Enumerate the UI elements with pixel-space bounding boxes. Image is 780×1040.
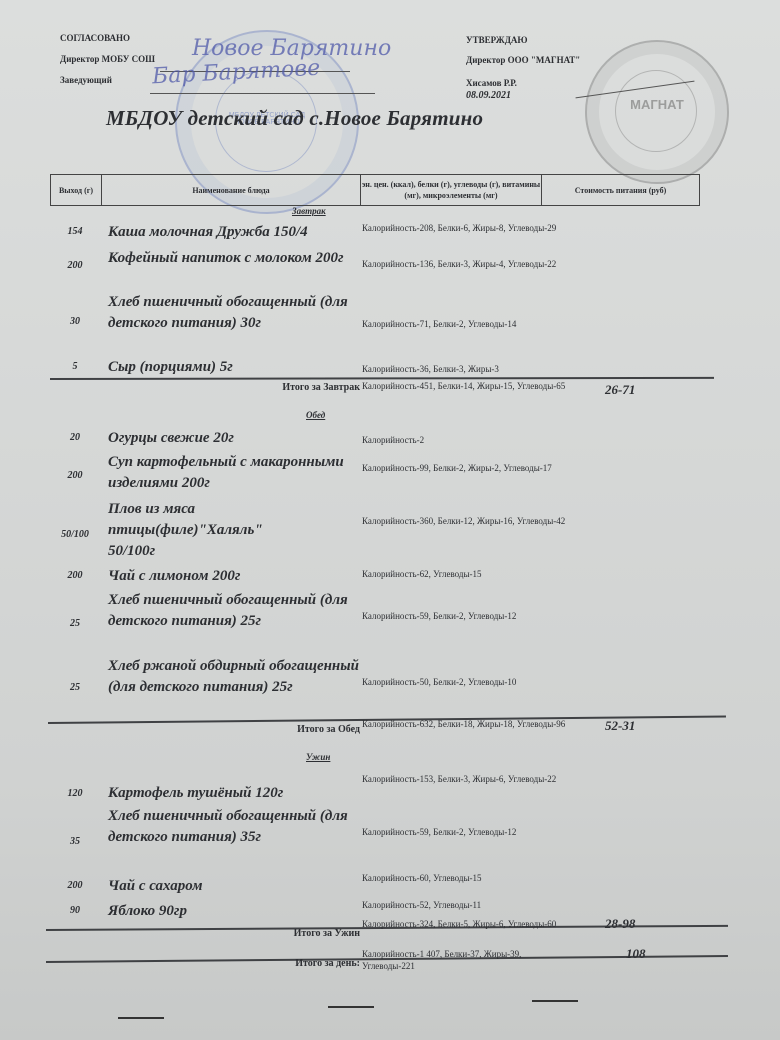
column-header-output: Выход (г) bbox=[51, 175, 102, 205]
confirm-label: УТВЕРЖДАЮ bbox=[466, 30, 580, 50]
signature-line bbox=[150, 93, 375, 94]
row-nutrition: Калорийность-99, Белки-2, Жиры-2, Углево… bbox=[362, 462, 572, 474]
company-stamp: МАГНАТ bbox=[585, 40, 729, 184]
row-dish-name: Хлеб ржаной обдирный обогащенный (для де… bbox=[108, 656, 370, 698]
row-output: 5 bbox=[50, 361, 100, 372]
column-header-nutrition: эн. цен. (ккал), белки (г), углеводы (г)… bbox=[361, 175, 542, 205]
total-cost: 52-31 bbox=[605, 718, 635, 734]
row-dish-name: Огурцы свежие 20г bbox=[108, 428, 378, 449]
menu-document: МБДОУ ДЕТСКИЙ САД НОВОЕ БАРЯТИНО МАГНАТ … bbox=[0, 0, 780, 1040]
row-output: 90 bbox=[50, 905, 100, 916]
row-output: 25 bbox=[50, 682, 100, 693]
row-output: 25 bbox=[50, 618, 100, 629]
day-total-nutrition: Калорийность-1 407, Белки-37, Жиры-39, У… bbox=[362, 948, 572, 972]
approval-block: СОГЛАСОВАНО Директор МОБУ СОШ Заведующий bbox=[60, 28, 155, 91]
row-dish-name: Хлеб пшеничный обогащенный (для детского… bbox=[108, 806, 370, 848]
row-nutrition: Калорийность-59, Белки-2, Углеводы-12 bbox=[362, 610, 572, 622]
row-dish-name: Плов из мяса птицы(филе)"Халяль" 50/100г bbox=[108, 499, 308, 562]
row-nutrition: Калорийность-153, Белки-3, Жиры-6, Углев… bbox=[362, 773, 572, 785]
row-output: 50/100 bbox=[50, 529, 100, 540]
row-dish-name: Сыр (порциями) 5г bbox=[108, 357, 378, 378]
approval-date: 08.09.2021 bbox=[466, 90, 580, 102]
row-dish-name: Кофейный напиток с молоком 200г bbox=[108, 248, 348, 269]
manager-label: Заведующий bbox=[60, 70, 155, 91]
column-header-dish: Наименование блюда bbox=[102, 175, 361, 205]
row-dish-name: Хлеб пшеничный обогащенный (для детского… bbox=[108, 590, 370, 632]
row-nutrition: Калорийность-50, Белки-2, Углеводы-10 bbox=[362, 676, 572, 688]
row-output: 200 bbox=[50, 880, 100, 891]
total-cost: 26-71 bbox=[605, 382, 635, 398]
approved-label: СОГЛАСОВАНО bbox=[60, 28, 155, 49]
total-nutrition: Калорийность-632, Белки-18, Жиры-18, Угл… bbox=[362, 718, 572, 730]
row-nutrition: Калорийность-62, Углеводы-15 bbox=[362, 568, 572, 580]
row-output: 200 bbox=[50, 260, 100, 271]
page-title: МБДОУ детский сад с.Новое Барятино bbox=[106, 106, 483, 131]
row-output: 35 bbox=[50, 836, 100, 847]
day-total-cost: 108 bbox=[626, 946, 646, 962]
total-label: Итого за Обед bbox=[297, 724, 360, 735]
company-director-label: Директор ООО "МАГНАТ" bbox=[466, 50, 580, 70]
row-dish-name: Чай с лимоном 200г bbox=[108, 566, 378, 587]
row-dish-name: Суп картофельный с макаронными изделиями… bbox=[108, 452, 370, 494]
section-title-breakfast: Завтрак bbox=[292, 206, 326, 216]
row-dish-name: Каша молочная Дружба 150/4 bbox=[108, 222, 378, 243]
row-output: 20 bbox=[50, 432, 100, 443]
total-nutrition: Калорийность-324, Белки-5, Жиры-6, Углев… bbox=[362, 918, 572, 930]
row-dish-name: Хлеб пшеничный обогащенный (для детского… bbox=[108, 292, 370, 334]
row-nutrition: Калорийность-52, Углеводы-11 bbox=[362, 899, 572, 911]
row-nutrition: Калорийность-71, Белки-2, Углеводы-14 bbox=[362, 318, 572, 330]
section-title-dinner: Ужин bbox=[306, 752, 330, 762]
signature-line bbox=[160, 71, 350, 72]
row-output: 120 bbox=[50, 788, 100, 799]
company-stamp-text: МАГНАТ bbox=[622, 97, 692, 112]
blank-signature-line bbox=[328, 1006, 374, 1008]
row-output: 200 bbox=[50, 570, 100, 581]
blank-signature-line bbox=[532, 1000, 578, 1002]
row-output: 30 bbox=[50, 316, 100, 327]
row-dish-name: Яблоко 90гр bbox=[108, 901, 378, 922]
column-header-cost: Стоимость питания (руб) bbox=[542, 175, 699, 205]
director-name: Хисамов Р.Р. bbox=[466, 76, 580, 90]
day-total-label: Итого за день: bbox=[295, 958, 360, 969]
director-signature: Новое Барятино bbox=[192, 36, 391, 61]
row-nutrition: Калорийность-208, Белки-6, Жиры-8, Углев… bbox=[362, 222, 572, 234]
blank-signature-line bbox=[118, 1017, 164, 1019]
table-header: Выход (г) Наименование блюда эн. цен. (к… bbox=[50, 174, 700, 206]
school-director-label: Директор МОБУ СОШ bbox=[60, 49, 155, 70]
row-output: 200 bbox=[50, 470, 100, 481]
total-label: Итого за Завтрак bbox=[282, 382, 360, 393]
row-nutrition: Калорийность-36, Белки-3, Жиры-3 bbox=[362, 363, 572, 375]
total-cost: 28-98 bbox=[605, 916, 635, 932]
row-nutrition: Калорийность-2 bbox=[362, 434, 572, 446]
row-nutrition: Калорийность-60, Углеводы-15 bbox=[362, 872, 572, 884]
row-nutrition: Калорийность-136, Белки-3, Жиры-4, Углев… bbox=[362, 258, 572, 270]
signature-line bbox=[576, 81, 695, 99]
row-output: 154 bbox=[50, 226, 100, 237]
row-nutrition: Калорийность-360, Белки-12, Жиры-16, Угл… bbox=[362, 515, 572, 527]
row-nutrition: Калорийность-59, Белки-2, Углеводы-12 bbox=[362, 826, 572, 838]
section-title-lunch: Обед bbox=[306, 410, 325, 420]
row-dish-name: Картофель тушёный 120г bbox=[108, 783, 378, 804]
manager-signature: Бар Барятове bbox=[151, 56, 320, 90]
confirmation-block: УТВЕРЖДАЮ Директор ООО "МАГНАТ" Хисамов … bbox=[466, 30, 580, 102]
total-nutrition: Калорийность-451, Белки-14, Жиры-15, Угл… bbox=[362, 380, 572, 392]
total-label: Итого за Ужин bbox=[294, 928, 360, 939]
row-dish-name: Чай с сахаром bbox=[108, 876, 378, 897]
